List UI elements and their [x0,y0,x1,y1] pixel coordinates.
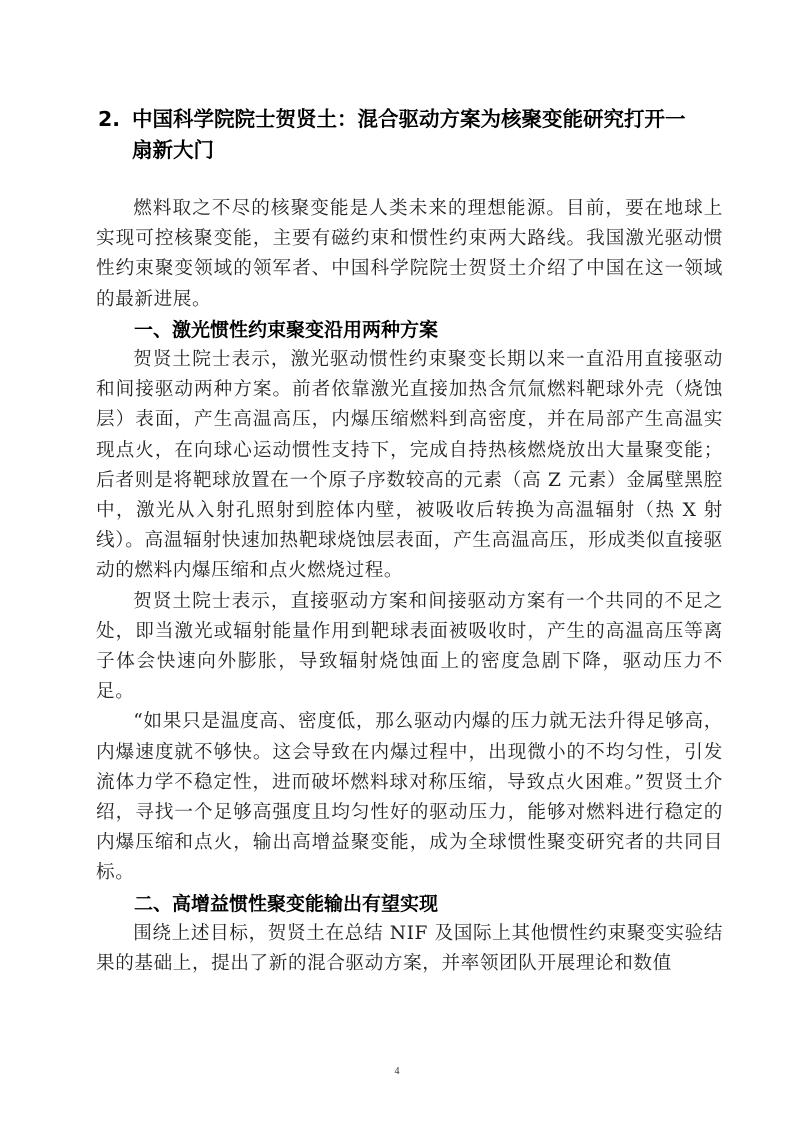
section-heading-1: 一、激光惯性约束聚变沿用两种方案 [96,315,723,345]
title-text-1: 中国科学院院士贺贤土：混合驱动方案为核聚变能研究打开一 [132,107,686,131]
paragraph-intro: 燃料取之不尽的核聚变能是人类未来的理想能源。目前，要在地球上实现可控核聚变能，主… [96,194,723,315]
paragraph-two-schemes: 贺贤土院士表示，激光驱动惯性约束聚变长期以来一直沿用直接驱动和间接驱动两种方案。… [96,345,723,587]
paragraph-quote: “如果只是温度高、密度低，那么驱动内爆的压力就无法升得足够高，内爆速度就不够快。… [96,707,723,888]
article-title: 2.中国科学院院士贺贤土：混合驱动方案为核聚变能研究打开一 扇新大门 [98,104,728,166]
article-body: 燃料取之不尽的核聚变能是人类未来的理想能源。目前，要在地球上实现可控核聚变能，主… [96,194,723,979]
paragraph-shortcoming: 贺贤土院士表示，直接驱动方案和间接驱动方案有一个共同的不足之处，即当激光或辐射能… [96,587,723,708]
section-heading-2: 二、高增益惯性聚变能输出有望实现 [96,889,723,919]
title-number: 2. [98,104,132,135]
title-line-2: 扇新大门 [98,135,728,166]
title-line-1: 2.中国科学院院士贺贤土：混合驱动方案为核聚变能研究打开一 [98,104,728,135]
document-page: 2.中国科学院院士贺贤土：混合驱动方案为核聚变能研究打开一 扇新大门 燃料取之不… [0,0,794,1123]
page-number: 4 [0,1066,794,1077]
paragraph-hybrid-drive: 围绕上述目标，贺贤土在总结 NIF 及国际上其他惯性约束聚变实验结果的基础上，提… [96,919,723,979]
